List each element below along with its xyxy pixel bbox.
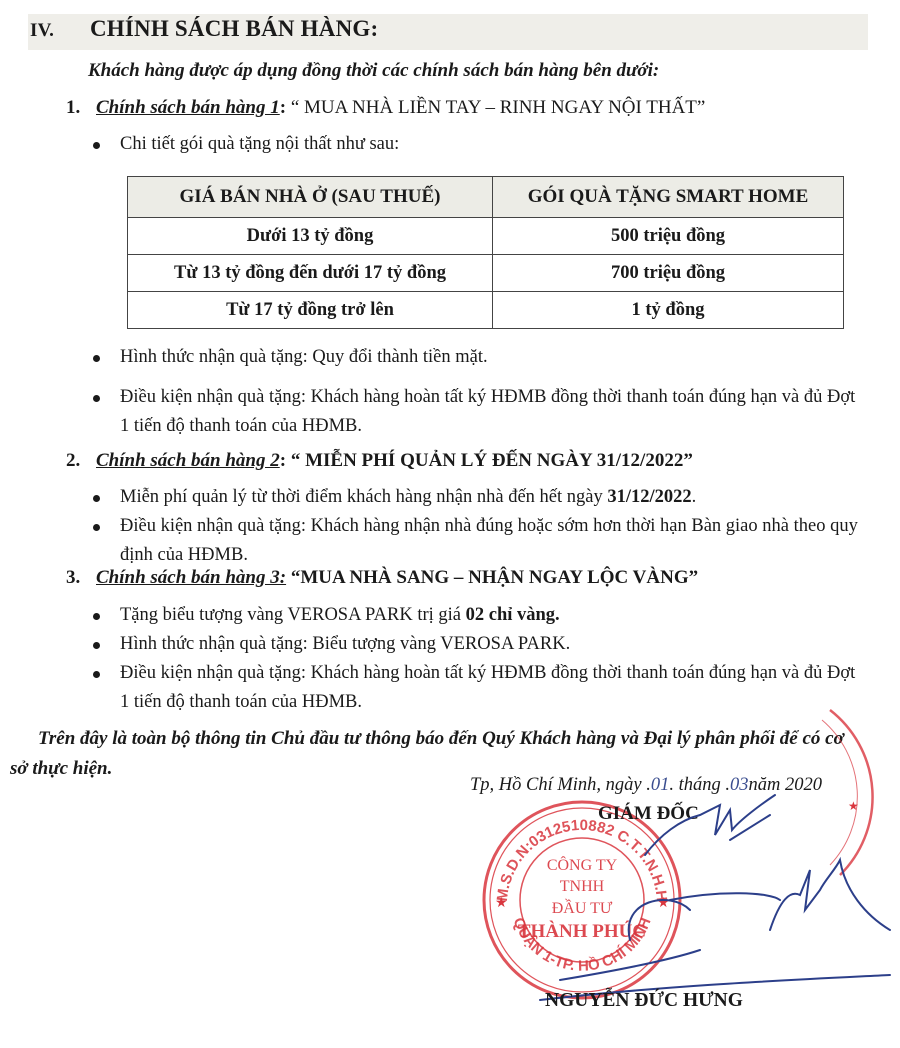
- policy-2-bullet-1: Miễn phí quản lý từ thời điểm khách hàng…: [120, 483, 865, 512]
- policy-1-name: “ MUA NHÀ LIỀN TAY – RINH NGAY NỘI THẤT”: [286, 97, 705, 118]
- policy-3-name: “MUA NHÀ SANG – NHẬN NGAY LỘC VÀNG”: [286, 567, 698, 588]
- signer-name: NGUYỄN ĐỨC HƯNG: [545, 990, 743, 1012]
- policy-3-label: Chính sách bán hàng 3:: [96, 567, 286, 588]
- bullet-icon: [93, 613, 100, 620]
- table-row: Dưới 13 tỷ đồng 500 triệu đồng: [128, 218, 844, 255]
- bullet-icon: [93, 524, 100, 531]
- policy-2-title: 2.Chính sách bán hàng 2: “ MIỄN PHÍ QUẢN…: [66, 450, 693, 472]
- table-header: GIÁ BÁN NHÀ Ở (SAU THUẾ): [128, 177, 493, 218]
- svg-text:★: ★: [848, 799, 859, 813]
- bullet-icon: [93, 642, 100, 649]
- policy-3-title: 3.Chính sách bán hàng 3: “MUA NHÀ SANG –…: [66, 567, 698, 589]
- bullet-icon: [93, 355, 100, 362]
- svg-text:THÀNH PHÚC: THÀNH PHÚC: [518, 920, 646, 942]
- policy-1-bullet-1: Chi tiết gói quà tặng nội thất như sau:: [120, 130, 850, 159]
- bullet-icon: [93, 495, 100, 502]
- policy-3-bullet-2: Hình thức nhận quà tặng: Biểu tượng vàng…: [120, 630, 865, 659]
- company-stamp-icon: M.S.D.N:0312510882 C.T.T.N.H.H QUẬN 1-TP…: [477, 795, 687, 1005]
- bullet-icon: [93, 395, 100, 402]
- policy-2-bullet-2: Điều kiện nhận quà tặng: Khách hàng nhận…: [120, 512, 870, 570]
- section-heading: IV.CHÍNH SÁCH BÁN HÀNG:: [30, 16, 378, 42]
- section-number: IV.: [30, 20, 90, 42]
- table-row: Từ 17 tỷ đồng trở lên 1 tỷ đồng: [128, 292, 844, 329]
- policy-3-bullet-3: Điều kiện nhận quà tặng: Khách hàng hoàn…: [120, 659, 865, 717]
- bullet-icon: [93, 142, 100, 149]
- svg-text:★: ★: [495, 896, 508, 911]
- svg-text:CÔNG TY: CÔNG TY: [547, 855, 618, 874]
- policy-1-bullet-2: Hình thức nhận quà tặng: Quy đổi thành t…: [120, 343, 860, 372]
- policy-1-title: 1.Chính sách bán hàng 1: “ MUA NHÀ LIỀN …: [66, 97, 705, 119]
- gift-table: GIÁ BÁN NHÀ Ở (SAU THUẾ) GÓI QUÀ TẶNG SM…: [127, 176, 844, 329]
- dateline: Tp, Hồ Chí Minh, ngày .01. tháng .03năm …: [470, 775, 822, 796]
- bullet-icon: [93, 671, 100, 678]
- policy-2-label: Chính sách bán hàng 2: [96, 450, 280, 471]
- policy-1-label: Chính sách bán hàng 1: [96, 97, 280, 118]
- table-row: Từ 13 tỷ đồng đến dưới 17 tỷ đồng 700 tr…: [128, 255, 844, 292]
- svg-text:★: ★: [657, 896, 670, 911]
- policy-1-bullet-3: Điều kiện nhận quà tặng: Khách hàng hoàn…: [120, 383, 865, 441]
- table-header: GÓI QUÀ TẶNG SMART HOME: [493, 177, 844, 218]
- date-month: 03: [730, 775, 749, 795]
- director-title: GIÁM ĐỐC: [598, 803, 699, 825]
- svg-text:TNHH: TNHH: [560, 878, 605, 895]
- date-day: 01: [651, 775, 670, 795]
- section-title: CHÍNH SÁCH BÁN HÀNG:: [90, 16, 378, 41]
- policy-2-name: “ MIỄN PHÍ QUẢN LÝ ĐẾN NGÀY 31/12/2022”: [286, 450, 693, 471]
- section-intro: Khách hàng được áp dụng đồng thời các ch…: [88, 60, 659, 82]
- partial-stamp-icon: ★: [820, 690, 900, 890]
- svg-text:ĐẦU TƯ: ĐẦU TƯ: [552, 898, 613, 917]
- policy-3-bullet-1: Tặng biểu tượng vàng VEROSA PARK trị giá…: [120, 601, 865, 630]
